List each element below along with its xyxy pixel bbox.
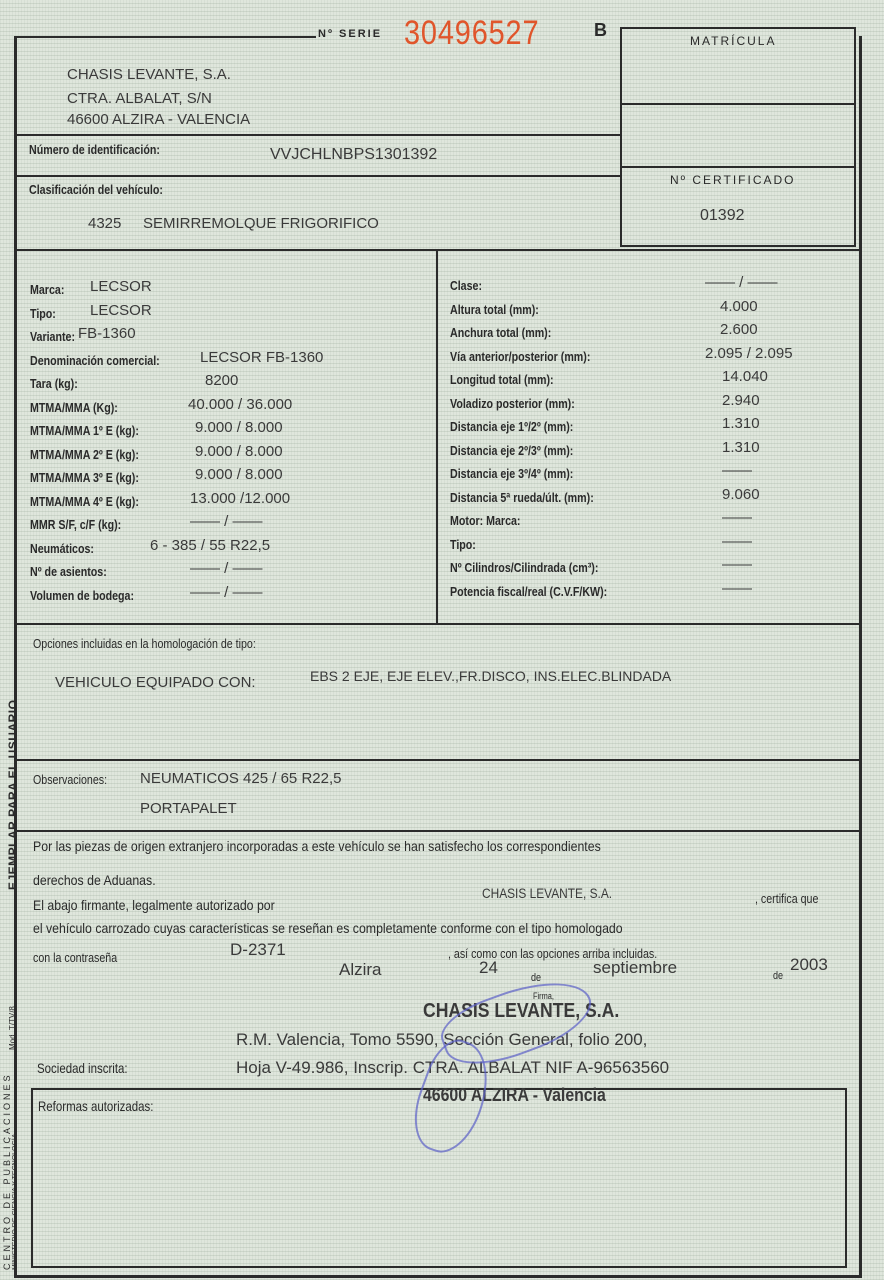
right-label: Distancia eje 3º/4º (mm):: [450, 466, 573, 481]
cert-company: CHASIS LEVANTE, S.A.: [482, 885, 612, 901]
left-label: Tipo:: [30, 306, 56, 321]
spec-top-rule: [16, 249, 862, 251]
cert-line-3b: , certifica que: [755, 891, 818, 906]
right-label: Potencia fiscal/real (C.V.F/KW):: [450, 584, 607, 599]
equipped-label: VEHICULO EQUIPADO CON:: [55, 674, 256, 691]
left-label: Volumen de bodega:: [30, 588, 134, 603]
cert-line-4: el vehículo carrozado cuyas característi…: [33, 920, 623, 936]
left-value: —— / ——: [190, 513, 263, 530]
left-value: 9.000 / 8.000: [195, 466, 283, 483]
left-label: MTMA/MMA (Kg):: [30, 400, 118, 415]
identification-label: Número de identificación:: [29, 142, 160, 157]
left-label: Tara (kg):: [30, 376, 78, 391]
left-value: LECSOR: [90, 302, 152, 319]
classification-label: Clasificación del vehículo:: [29, 182, 163, 197]
right-value: 1.310: [722, 439, 760, 456]
cert-place: Alzira: [339, 960, 382, 980]
manufacturer-address: CTRA. ALBALAT, S/N: [67, 90, 212, 107]
right-label: Tipo:: [450, 537, 476, 552]
right-value: ——: [722, 580, 752, 597]
right-label: Vía anterior/posterior (mm):: [450, 349, 590, 364]
cert-de-1: de: [531, 972, 541, 984]
left-value: FB-1360: [78, 325, 136, 342]
right-label: Distancia eje 1º/2º (mm):: [450, 419, 573, 434]
right-value: ——: [722, 556, 752, 573]
right-value: 4.000: [720, 298, 758, 315]
publisher-label: CENTRO DE PUBLICACIONES: [2, 1072, 12, 1270]
right-value: 1.310: [722, 415, 760, 432]
left-value: 13.000 /12.000: [190, 490, 290, 507]
sociedad-label: Sociedad inscrita:: [37, 1060, 128, 1076]
left-label: Neumáticos:: [30, 541, 94, 556]
cert-de-2: de: [773, 970, 783, 982]
right-label: Longitud total (mm):: [450, 372, 554, 387]
right-label: Voladizo posterior (mm):: [450, 396, 575, 411]
cert-line-5a: con la contraseña: [33, 950, 117, 965]
manufacturer-name: CHASIS LEVANTE, S.A.: [67, 66, 231, 83]
obs-top-rule: [16, 759, 862, 761]
right-label: Clase:: [450, 278, 482, 293]
right-label: Anchura total (mm):: [450, 325, 551, 340]
cert-contrasena: D-2371: [230, 940, 286, 960]
cert-line-1: Por las piezas de origen extranjero inco…: [33, 838, 601, 854]
right-value: —— / ——: [705, 274, 778, 291]
right-label: Distancia eje 2º/3º (mm):: [450, 443, 573, 458]
right-label: Motor: Marca:: [450, 513, 520, 528]
class-top-rule: [16, 175, 620, 177]
right-value: ——: [722, 509, 752, 526]
left-value: 6 - 385 / 55 R22,5: [150, 537, 270, 554]
left-value: 8200: [205, 372, 238, 389]
left-value: 9.000 / 8.000: [195, 443, 283, 460]
right-value: 9.060: [722, 486, 760, 503]
left-label: MTMA/MMA 4º E (kg):: [30, 494, 139, 509]
right-value: 2.095 / 2.095: [705, 345, 793, 362]
cert-day: 24: [479, 958, 498, 978]
observation-line-1: NEUMATICOS 425 / 65 R22,5: [140, 770, 341, 787]
left-value: —— / ——: [190, 584, 263, 601]
cert-line-3a: El abajo firmante, legalmente autorizado…: [33, 897, 275, 913]
left-label: Variante:: [30, 329, 75, 344]
right-value: ——: [722, 462, 752, 479]
cert-year: 2003: [790, 955, 828, 975]
left-label: MMR S/F, c/F (kg):: [30, 517, 121, 532]
cert-top-rule: [16, 830, 862, 832]
left-value: LECSOR FB-1360: [200, 349, 323, 366]
right-label: Altura total (mm):: [450, 302, 539, 317]
left-value: —— / ——: [190, 560, 263, 577]
right-value: ——: [722, 533, 752, 550]
reformas-label: Reformas autorizadas:: [38, 1098, 153, 1114]
observation-line-2: PORTAPALET: [140, 800, 237, 817]
classification-value: SEMIRREMOLQUE FRIGORIFICO: [143, 215, 379, 232]
certificado-title: Nº CERTIFICADO: [670, 173, 796, 187]
spec-bottom-rule: [16, 623, 862, 625]
matricula-title: MATRÍCULA: [690, 34, 776, 48]
right-label: Distancia 5ª rueda/últ. (mm):: [450, 490, 594, 505]
left-label: Nº de asientos:: [30, 564, 107, 579]
classification-code: 4325: [88, 215, 121, 232]
right-label: Nº Cilindros/Cilindrada (cm³):: [450, 560, 598, 575]
left-label: MTMA/MMA 1º E (kg):: [30, 423, 139, 438]
manufacturer-city: 46600 ALZIRA - VALENCIA: [67, 111, 250, 128]
observations-label: Observaciones:: [33, 772, 107, 787]
certificado-number: 01392: [700, 207, 745, 225]
left-label: Denominación comercial:: [30, 353, 160, 368]
left-value: 40.000 / 36.000: [188, 396, 292, 413]
left-value: 9.000 / 8.000: [195, 419, 283, 436]
matricula-divider: [620, 103, 856, 105]
cert-month: septiembre: [593, 958, 677, 978]
certificado-divider: [620, 166, 856, 168]
right-value: 14.040: [722, 368, 768, 385]
left-label: MTMA/MMA 3º E (kg):: [30, 470, 139, 485]
right-value: 2.940: [722, 392, 760, 409]
id-top-rule: [16, 134, 620, 136]
left-value: LECSOR: [90, 278, 152, 295]
options-label: Opciones incluidas en la homologación de…: [33, 636, 256, 651]
spec-column-divider: [436, 249, 438, 623]
identification-number: VVJCHLNBPS1301392: [270, 146, 437, 164]
left-label: MTMA/MMA 2º E (kg):: [30, 447, 139, 462]
cert-line-2: derechos de Aduanas.: [33, 872, 156, 888]
equipped-value: EBS 2 EJE, EJE ELEV.,FR.DISCO, INS.ELEC.…: [310, 668, 671, 684]
left-label: Marca:: [30, 282, 64, 297]
right-value: 2.600: [720, 321, 758, 338]
